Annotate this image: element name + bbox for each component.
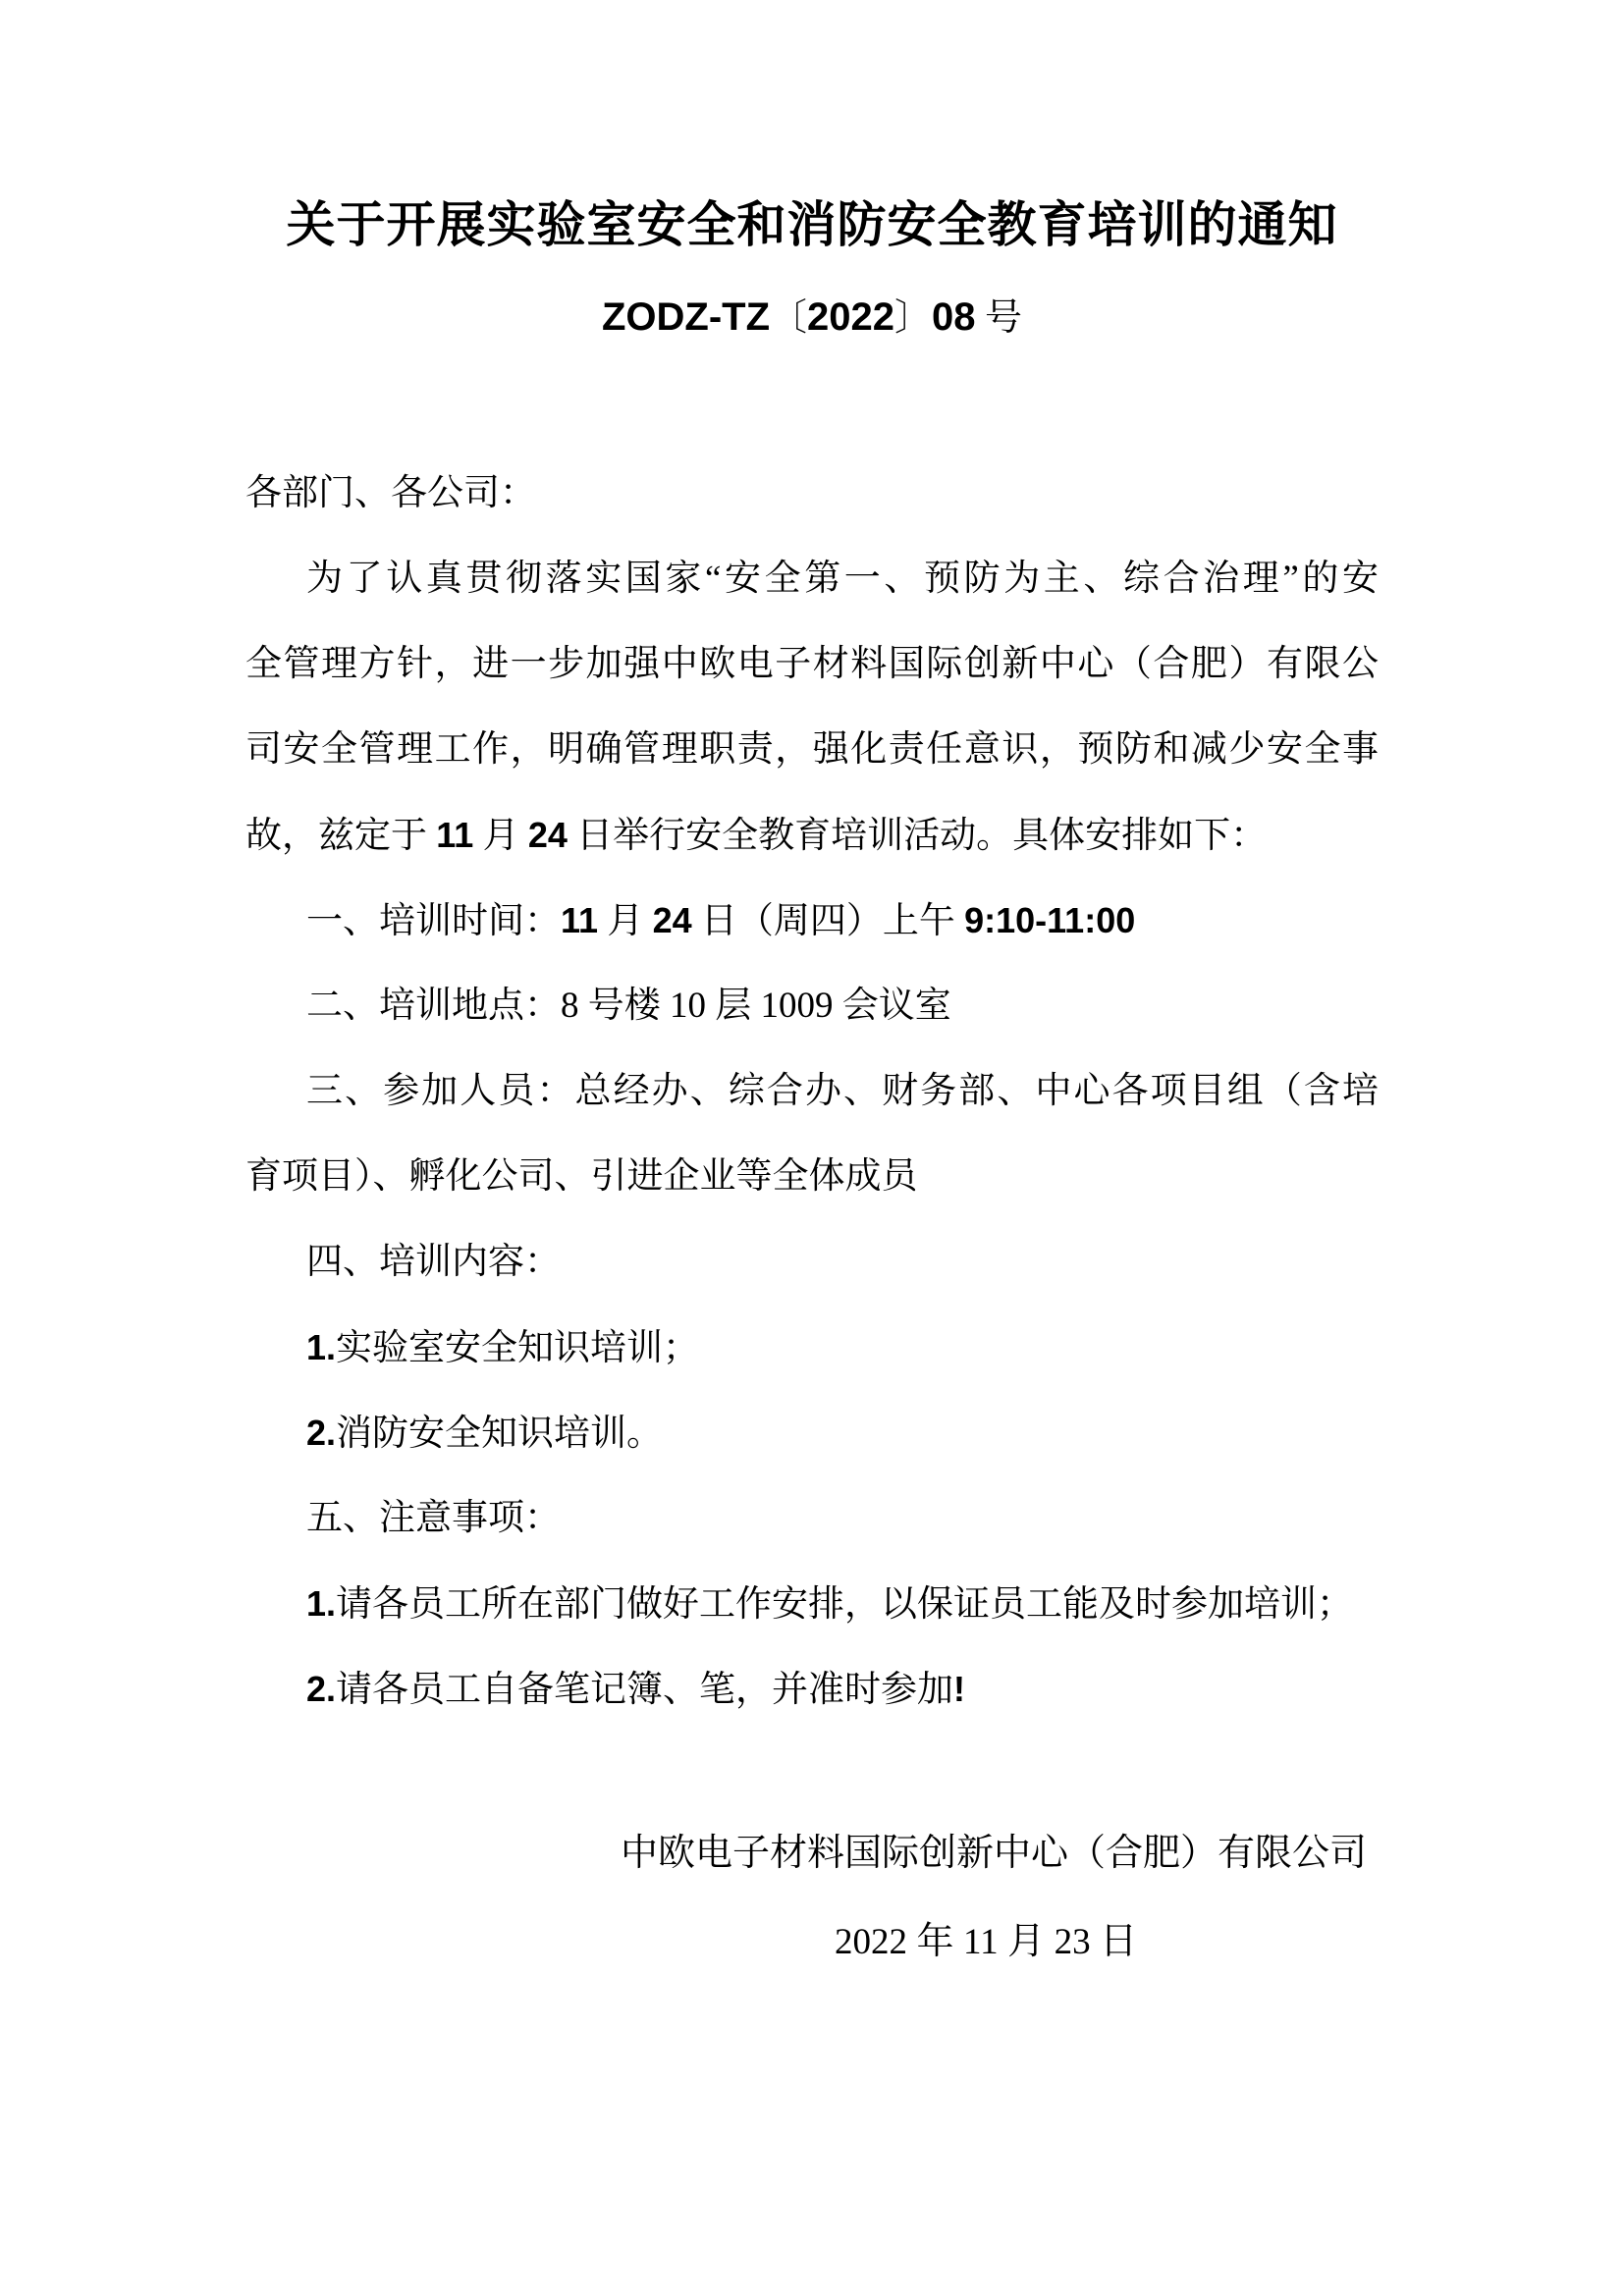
body-line: 为了认真贯彻落实国家“安全第一、预防为主、综合治理”的安 — [245, 536, 1379, 621]
latin-text: 8 — [561, 986, 579, 1026]
body-line: 二、培训地点：8 号楼 10 层 1009 会议室 — [245, 963, 1379, 1048]
body-line: 1.实验室安全知识培训； — [245, 1305, 1379, 1390]
body-line: 1.请各员工所在部门做好工作安排，以保证员工能及时参加培训； — [245, 1561, 1379, 1646]
latin-text: 24 — [653, 900, 692, 940]
latin-text: ZODZ-TZ — [602, 295, 770, 339]
latin-text: 2. — [306, 1413, 336, 1453]
latin-text: 2022 — [807, 295, 894, 339]
latin-text: 10 — [670, 986, 706, 1026]
latin-text: ! — [953, 1669, 965, 1709]
latin-text: 1. — [306, 1327, 336, 1367]
signature-company: 中欧电子材料国际创新中心（合肥）有限公司 — [621, 1832, 1367, 1875]
latin-text: 9:10-11:00 — [964, 900, 1135, 940]
signature-date: 2022 年 11 月 23 日 — [835, 1920, 1137, 1964]
body-line: 2.请各员工自备笔记簿、笔，并准时参加! — [245, 1646, 1379, 1732]
latin-text: 11 — [436, 815, 473, 855]
body-line: 全管理方针，进一步加强中欧电子材料国际创新中心（合肥）有限公 — [245, 621, 1379, 707]
latin-text: 1009 — [761, 986, 834, 1026]
page-title: 关于开展实验室安全和消防安全教育培训的通知 — [0, 192, 1624, 257]
latin-text: 11 — [963, 1922, 999, 1962]
latin-text: 23 — [1055, 1922, 1091, 1962]
body-line: 育项目）、孵化公司、引进企业等全体成员 — [245, 1134, 1379, 1219]
latin-text: 24 — [528, 815, 568, 855]
latin-text: 2. — [306, 1669, 336, 1709]
body-line: 故，兹定于 11 月 24 日举行安全教育培训活动。具体安排如下： — [245, 792, 1379, 878]
body-line: 五、注意事项： — [245, 1475, 1379, 1561]
latin-text: 1. — [306, 1583, 336, 1624]
body-line: 各部门、各公司： — [245, 451, 1379, 536]
body-line: 一、培训时间：11 月 24 日（周四）上午 9:10-11:00 — [245, 878, 1379, 963]
latin-text: 08 — [932, 295, 976, 339]
body-line: 三、参加人员：总经办、综合办、财务部、中心各项目组（含培 — [245, 1048, 1379, 1134]
body-line: 四、培训内容： — [245, 1219, 1379, 1305]
notice-page: 关于开展实验室安全和消防安全教育培训的通知 ZODZ-TZ〔2022〕08 号 … — [0, 0, 1624, 2296]
latin-text: 11 — [561, 900, 598, 940]
document-body: 各部门、各公司：为了认真贯彻落实国家“安全第一、预防为主、综合治理”的安全管理方… — [245, 451, 1379, 1732]
body-line: 2.消防安全知识培训。 — [245, 1390, 1379, 1475]
doc-number: ZODZ-TZ〔2022〕08 号 — [0, 293, 1624, 343]
body-line: 司安全管理工作，明确管理职责，强化责任意识，预防和减少安全事 — [245, 707, 1379, 792]
latin-text: 2022 — [835, 1922, 907, 1962]
